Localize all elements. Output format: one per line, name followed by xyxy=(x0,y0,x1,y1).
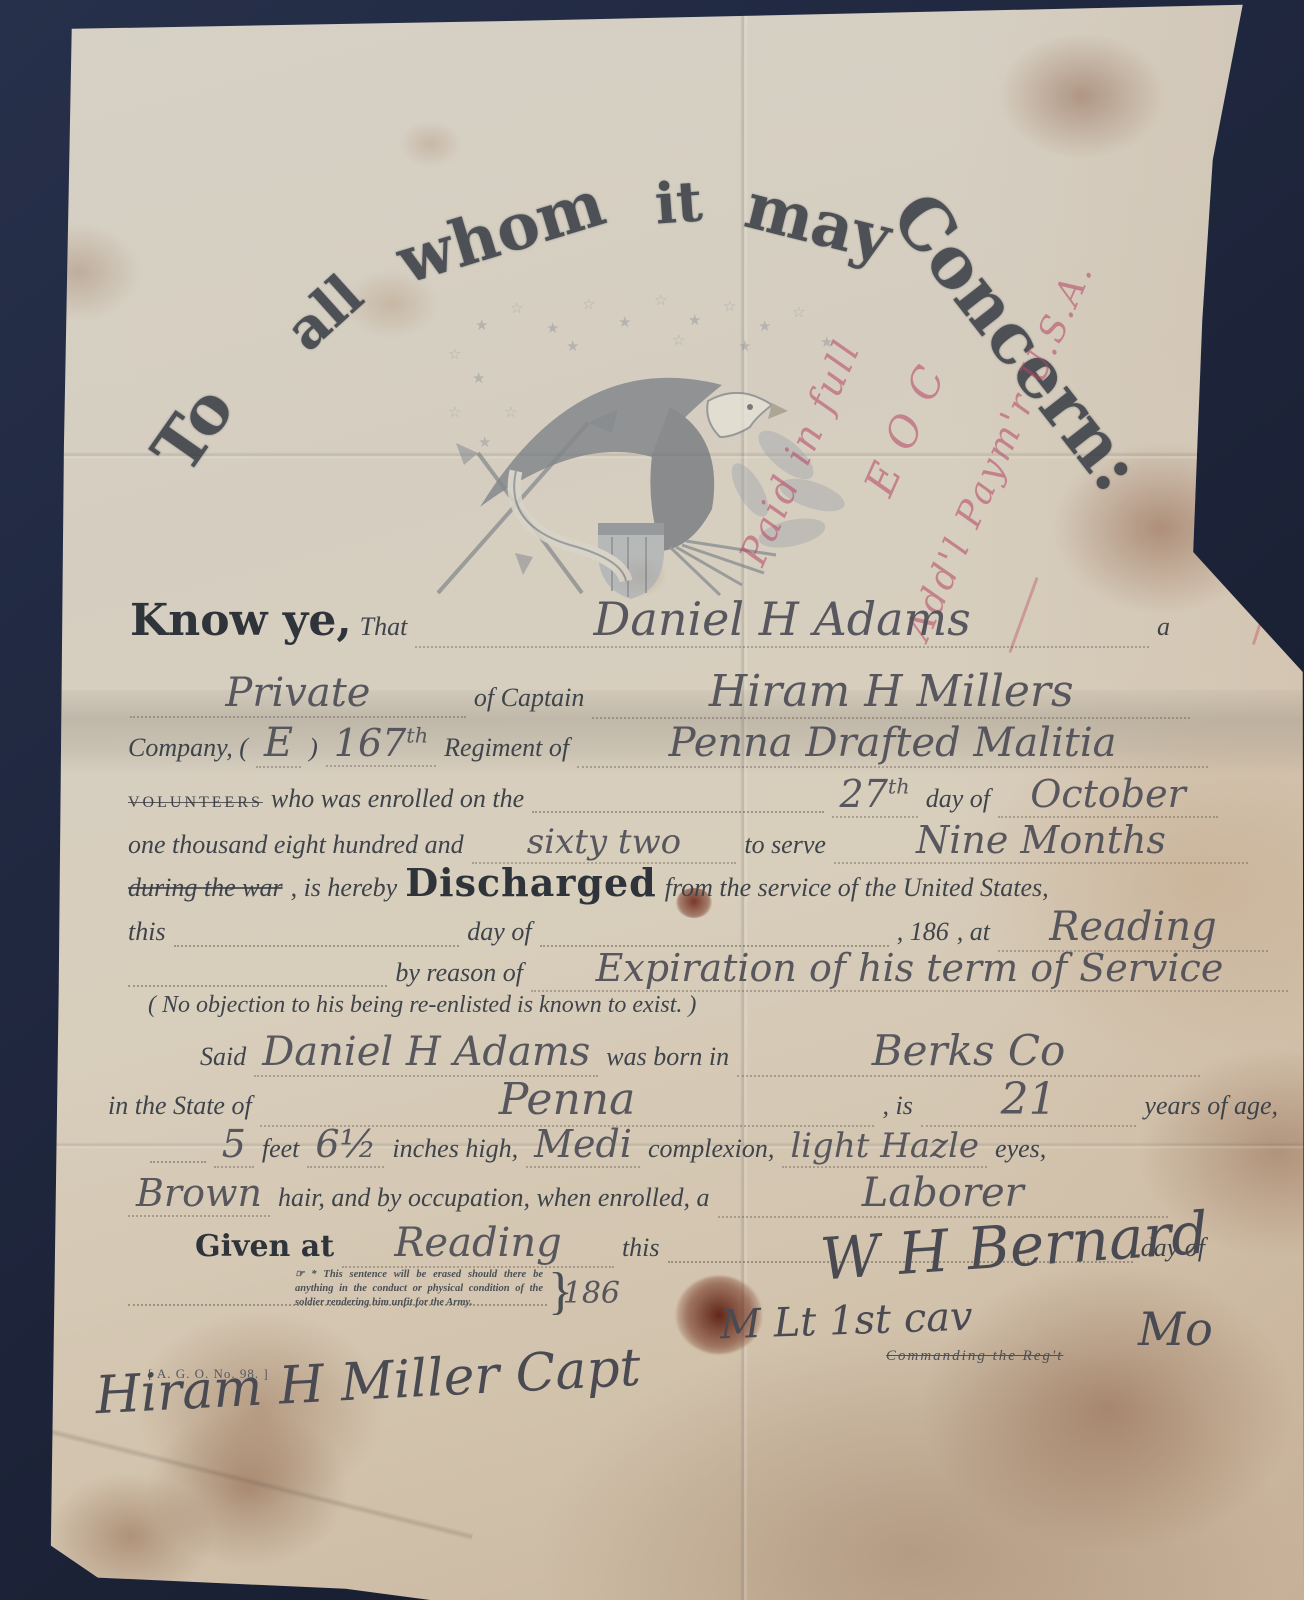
svg-text:☆: ☆ xyxy=(792,303,805,321)
diagonal-corner-crease xyxy=(0,1407,473,1541)
form-line-rank: Private of Captain Hiram H Millers xyxy=(130,666,1190,719)
form-line-enrolled: VOLUNTEERS who was enrolled on the 27th … xyxy=(128,772,1218,818)
enrolled-label: who was enrolled on the xyxy=(271,784,524,814)
form-line-hair-occupation: Brown hair, and by occupation, when enro… xyxy=(128,1170,1168,1218)
form-line-born: Said Daniel H Adams was born in Berks Co xyxy=(200,1026,1200,1077)
no-objection-label: ( No objection to his being re-enlisted … xyxy=(148,992,696,1019)
day-of-label: day of xyxy=(926,784,990,814)
discharged-word: Discharged xyxy=(405,860,657,905)
svg-text:☆: ☆ xyxy=(504,403,517,421)
erasure-note: ☞ * This sentence will be erased should … xyxy=(295,1268,543,1311)
commanding-label: Commanding the Reg't xyxy=(886,1348,1063,1365)
eyes-label: eyes, xyxy=(995,1134,1046,1164)
blank-line xyxy=(128,985,387,987)
title-word-to: To xyxy=(136,372,249,487)
soldier-name-entry: Daniel H Adams xyxy=(415,592,1149,648)
svg-text:★: ★ xyxy=(758,317,771,335)
officer-rank-script: M Lt 1st cav xyxy=(719,1294,973,1349)
enroll-day-entry: 27th xyxy=(832,772,918,818)
svg-text:★: ★ xyxy=(566,337,579,355)
company-close: ) xyxy=(309,733,318,763)
that-label: That xyxy=(360,612,408,642)
svg-text:★: ★ xyxy=(546,319,559,337)
captain-signature: Hiram H Miller Capt xyxy=(94,1338,642,1426)
of-captain-label: of Captain xyxy=(474,683,585,713)
said-label: Said xyxy=(200,1042,246,1072)
given-at-label: Given at xyxy=(195,1229,334,1264)
svg-text:☆: ☆ xyxy=(672,331,685,349)
spelled-year-label: one thousand eight hundred and xyxy=(128,830,464,860)
years-age-label: years of age, xyxy=(1144,1091,1278,1121)
regiment-number-entry: 167th xyxy=(326,721,436,767)
given-place-entry: Reading xyxy=(342,1220,614,1268)
know-ye-label: Know ye, xyxy=(130,595,352,646)
inches-label: inches high, xyxy=(392,1134,518,1164)
officer-state-script: Mo xyxy=(1138,1302,1213,1356)
title-word-whom: whom xyxy=(389,166,614,300)
reason-entry: Expiration of his term of Service xyxy=(531,946,1288,992)
captain-name-entry: Hiram H Millers xyxy=(592,666,1190,719)
height-inches-entry: 6½ xyxy=(307,1122,384,1168)
discharge-place-entry: Reading xyxy=(998,904,1268,952)
to-serve-label: to serve xyxy=(744,830,826,860)
company-letter-entry: E xyxy=(256,720,301,768)
note-brace: } xyxy=(548,1262,573,1321)
photo-background: ★☆★ ☆★☆ ★☆★ ☆★☆ ★☆★ ☆★☆★ xyxy=(0,0,1304,1600)
complexion-entry: Medi xyxy=(526,1122,640,1168)
eyes-entry: light Hazle xyxy=(782,1126,987,1168)
this-label: this xyxy=(622,1233,660,1263)
hair-entry: Brown xyxy=(128,1171,270,1217)
hair-label: hair, and by occupation, when enrolled, … xyxy=(278,1183,710,1213)
this-label: this xyxy=(128,917,166,947)
by-reason-label: by reason of xyxy=(395,958,523,988)
form-line-know-ye: Know ye, That Daniel H Adams a xyxy=(130,592,1170,648)
state-entry: Penna xyxy=(260,1074,875,1127)
form-line-date-place: this day of , 186 , at Reading xyxy=(128,904,1268,952)
year-186-label: , 186 xyxy=(897,917,949,947)
title-word-may: may xyxy=(738,168,898,276)
svg-text:☆: ☆ xyxy=(510,299,523,317)
rank-entry: Private xyxy=(130,670,466,718)
during-war-label: during the war xyxy=(128,873,283,903)
is-label: , is xyxy=(882,1091,912,1121)
svg-text:★: ★ xyxy=(478,433,491,451)
red-ink-stroke xyxy=(1252,557,1283,645)
born-in-label: was born in xyxy=(606,1042,729,1072)
form-line-company: Company, ( E ) 167th Regiment of Penna D… xyxy=(128,720,1208,768)
form-line-no-objection: ( No objection to his being re-enlisted … xyxy=(148,992,1048,1019)
svg-text:☆: ☆ xyxy=(723,297,736,315)
form-line-reason: by reason of Expiration of his term of S… xyxy=(128,946,1288,992)
form-line-state-age: in the State of Penna , is 21 years of a… xyxy=(108,1074,1278,1127)
svg-text:★: ★ xyxy=(475,316,488,334)
article-a: a xyxy=(1157,612,1170,642)
age-entry: 21 xyxy=(921,1074,1137,1127)
volunteers-label: VOLUNTEERS xyxy=(128,794,263,812)
blank-line xyxy=(532,811,823,813)
company-label: Company, ( xyxy=(128,733,248,763)
from-service-label: from the service of the United States, xyxy=(665,873,1049,903)
day-of-label: day of xyxy=(467,917,531,947)
svg-text:★: ★ xyxy=(738,337,751,355)
regiment-of-label: Regiment of xyxy=(444,733,569,763)
state-of-label: in the State of xyxy=(108,1091,252,1121)
year-entry: sixty two xyxy=(472,822,737,864)
svg-text:★: ★ xyxy=(688,311,701,329)
svg-text:★: ★ xyxy=(618,313,631,331)
title-word-all: all xyxy=(273,262,376,364)
enroll-month-entry: October xyxy=(998,772,1218,818)
complexion-label: complexion, xyxy=(648,1134,774,1164)
svg-text:☆: ☆ xyxy=(448,345,461,363)
blank-line xyxy=(150,1161,206,1163)
svg-text:☆: ☆ xyxy=(654,291,667,309)
height-feet-entry: 5 xyxy=(214,1122,254,1168)
birthplace-entry: Berks Co xyxy=(737,1026,1200,1077)
svg-text:☆: ☆ xyxy=(582,295,595,313)
at-label: , at xyxy=(957,917,990,947)
svg-text:★: ★ xyxy=(472,369,485,387)
soldier-name-entry2: Daniel H Adams xyxy=(254,1029,598,1077)
red-ink-stroke xyxy=(1229,33,1269,127)
title-word-it: it xyxy=(653,168,705,237)
regiment-name-entry: Penna Drafted Malitia xyxy=(577,720,1208,768)
term-entry: Nine Months xyxy=(834,818,1248,864)
feet-label: feet xyxy=(262,1134,300,1164)
form-line-year: one thousand eight hundred and sixty two… xyxy=(128,818,1248,864)
form-line-discharged: during the war , is hereby Discharged fr… xyxy=(128,860,1238,905)
document-paper: ★☆★ ☆★☆ ★☆★ ☆★☆ ★☆★ ☆★☆★ xyxy=(0,0,1304,1600)
svg-text:☆: ☆ xyxy=(448,403,461,421)
form-line-description: 5 feet 6½ inches high, Medi complexion, … xyxy=(150,1122,1300,1168)
is-hereby-label: , is hereby xyxy=(291,873,398,903)
